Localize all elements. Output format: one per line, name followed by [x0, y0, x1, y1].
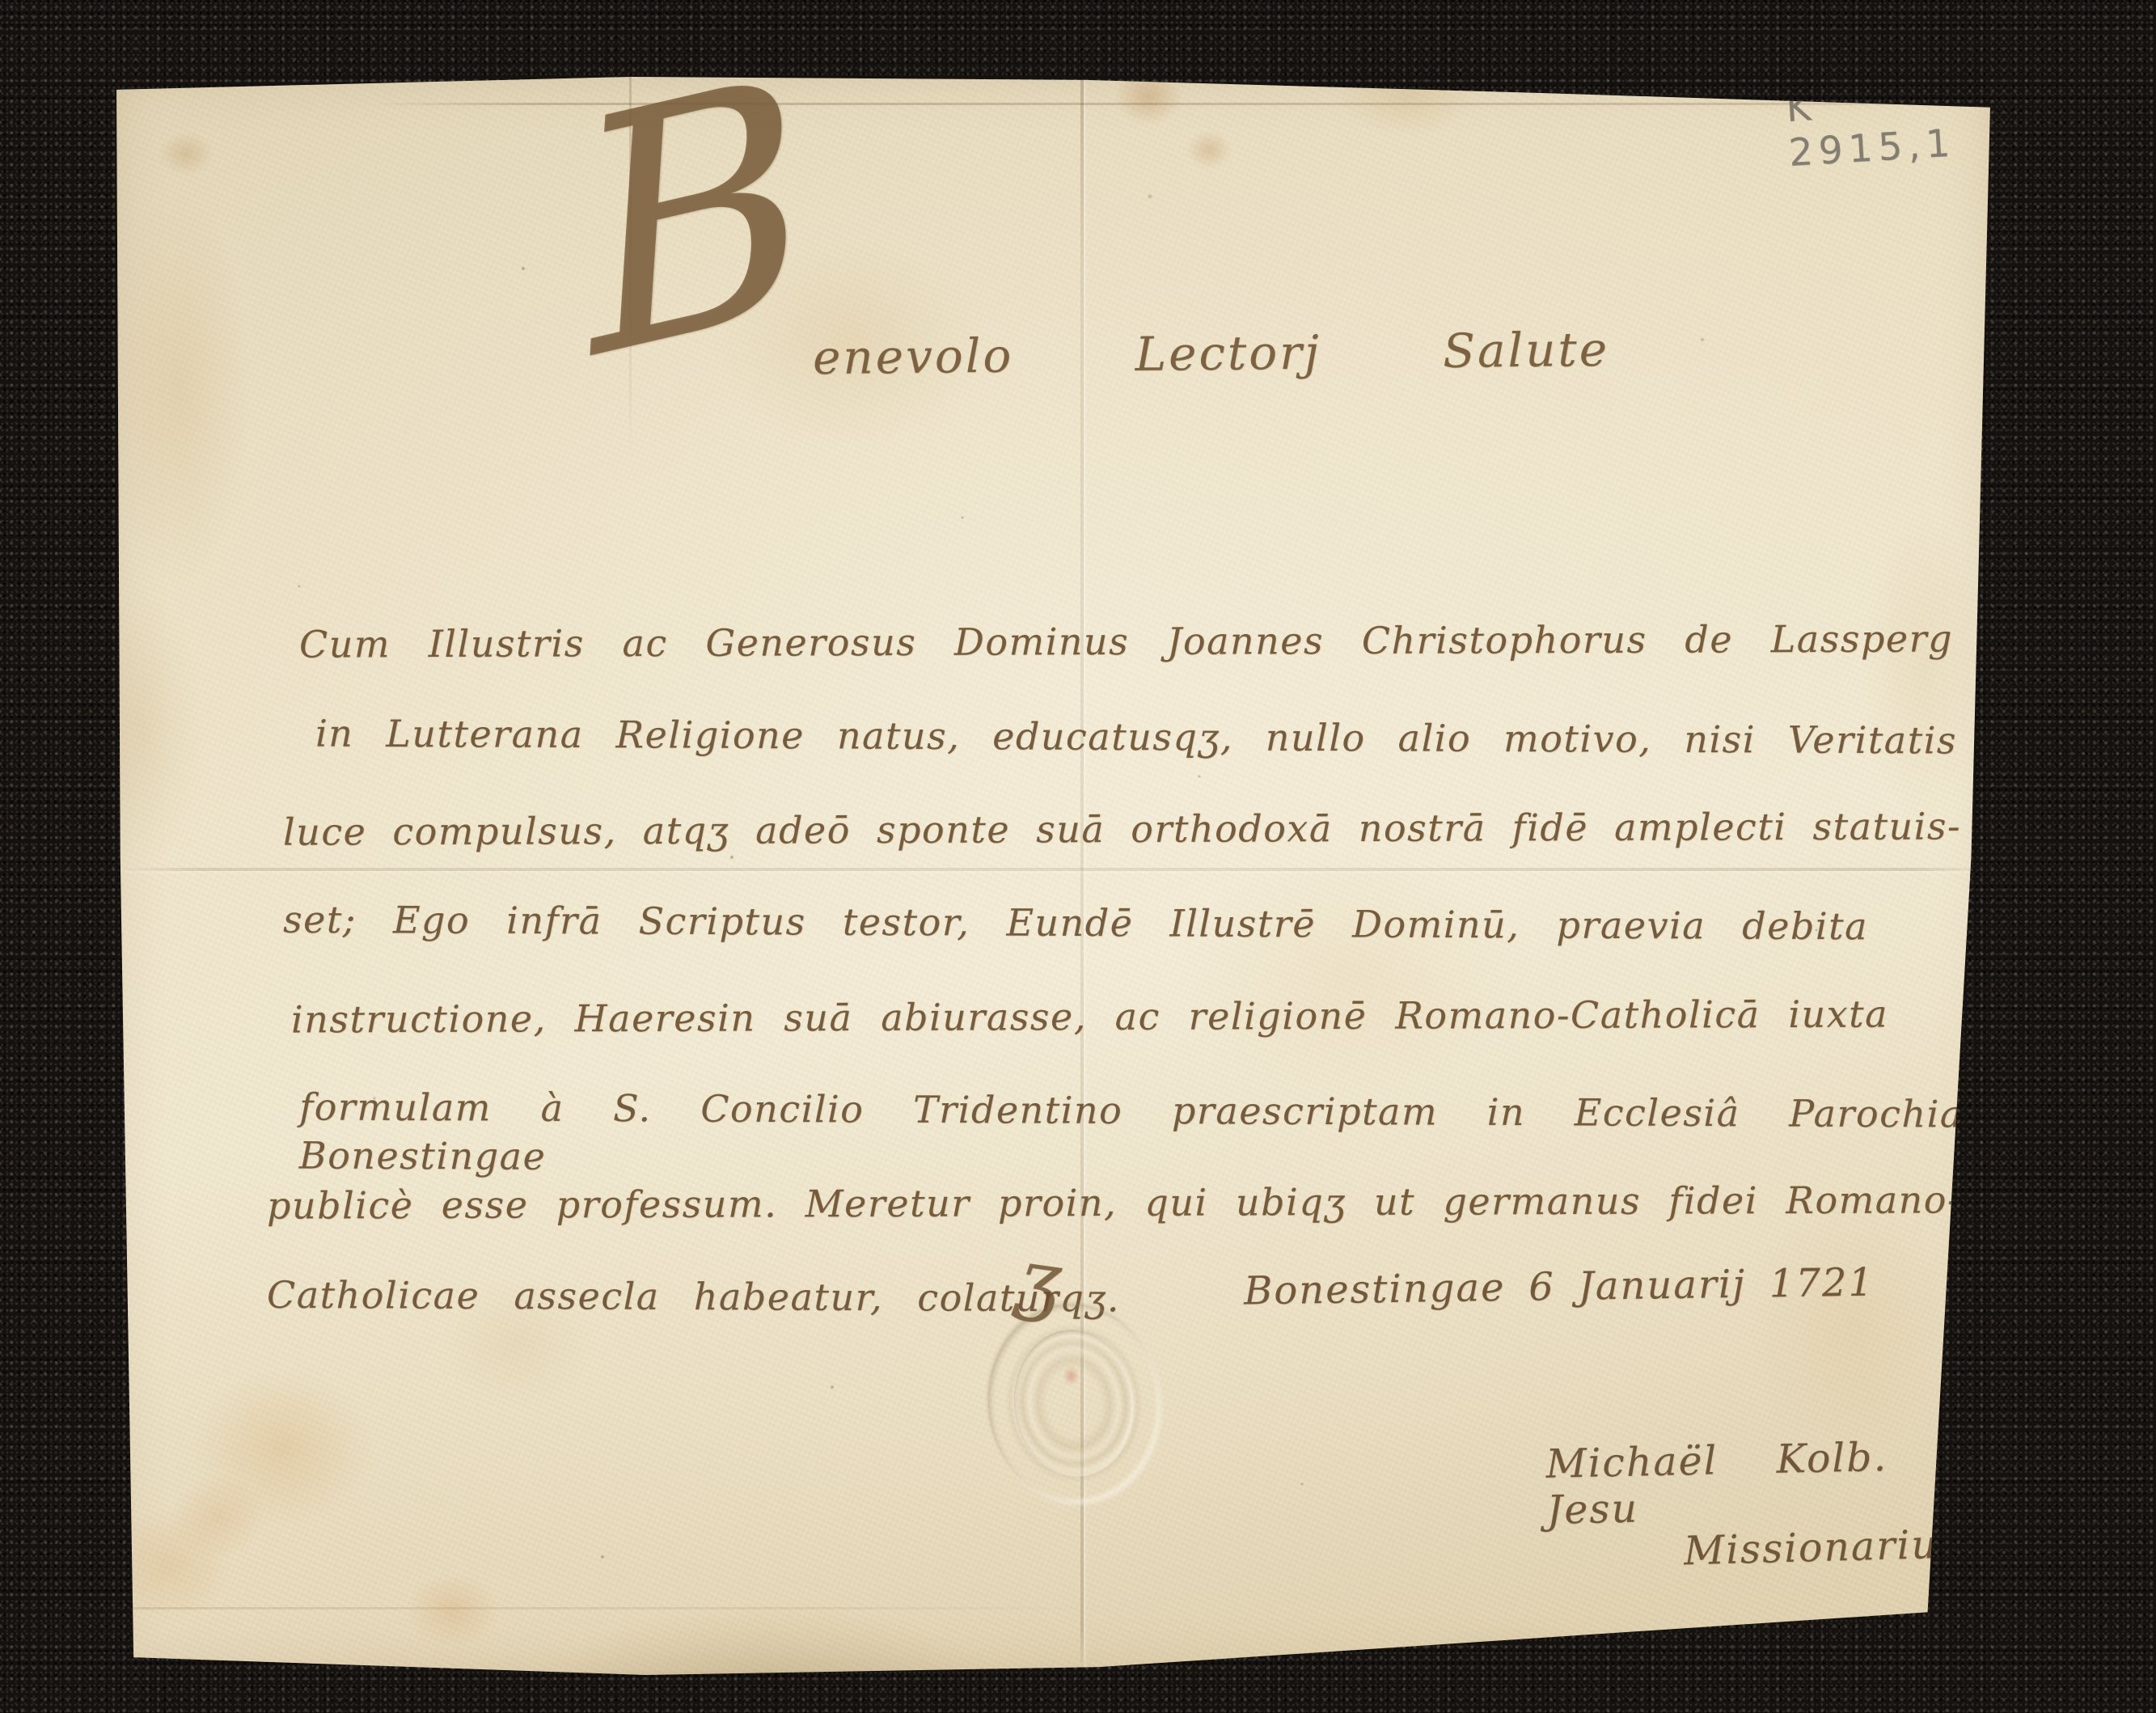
heading-text: enevolo Lectorj Salute — [813, 322, 1610, 385]
catalog-number: K 2915,1 — [1785, 74, 2004, 176]
manuscript-line-1: Cum Illustris ac Generosus Dominus Joann… — [299, 614, 1953, 668]
fold-crease-horizontal — [121, 868, 1989, 871]
manuscript-line-2: in Lutterana Religione natus, educatusqʒ… — [315, 709, 1957, 765]
manuscript-line-5: instructione, Haeresin suā abiurasse, ac… — [291, 990, 1888, 1044]
manuscript-line-4: set; Ego infrā Scriptus testor, Eundē Il… — [283, 895, 1868, 951]
signature-name: Michaël Kolb. Soctis Jesu — [1545, 1430, 2079, 1533]
manuscript-line-8: Catholicae assecla habeatur, colaturqʒ. — [267, 1271, 1120, 1323]
signature-title: Missionarius. — [1683, 1521, 1955, 1575]
fold-crease-bottom — [125, 1607, 1104, 1609]
manuscript-line-6: formulam à S. Concilio Tridentino praesc… — [299, 1082, 1990, 1186]
embossed-seal — [979, 1296, 1170, 1512]
manuscript-line-7: publicè esse professum. Meretur proin, q… — [267, 1175, 1961, 1229]
photo-backdrop: K 2915,1 B enevolo Lectorj Salute Cum Il… — [0, 0, 2156, 1713]
dateline: Bonestingae 6 Januarij 1721 — [1244, 1260, 1875, 1314]
manuscript-line-3: luce compulsus, atqʒ adeō sponte suā ort… — [283, 802, 1961, 856]
heading-initial-letter: B — [562, 35, 828, 404]
document-paper: K 2915,1 B enevolo Lectorj Salute Cum Il… — [105, 69, 2002, 1678]
